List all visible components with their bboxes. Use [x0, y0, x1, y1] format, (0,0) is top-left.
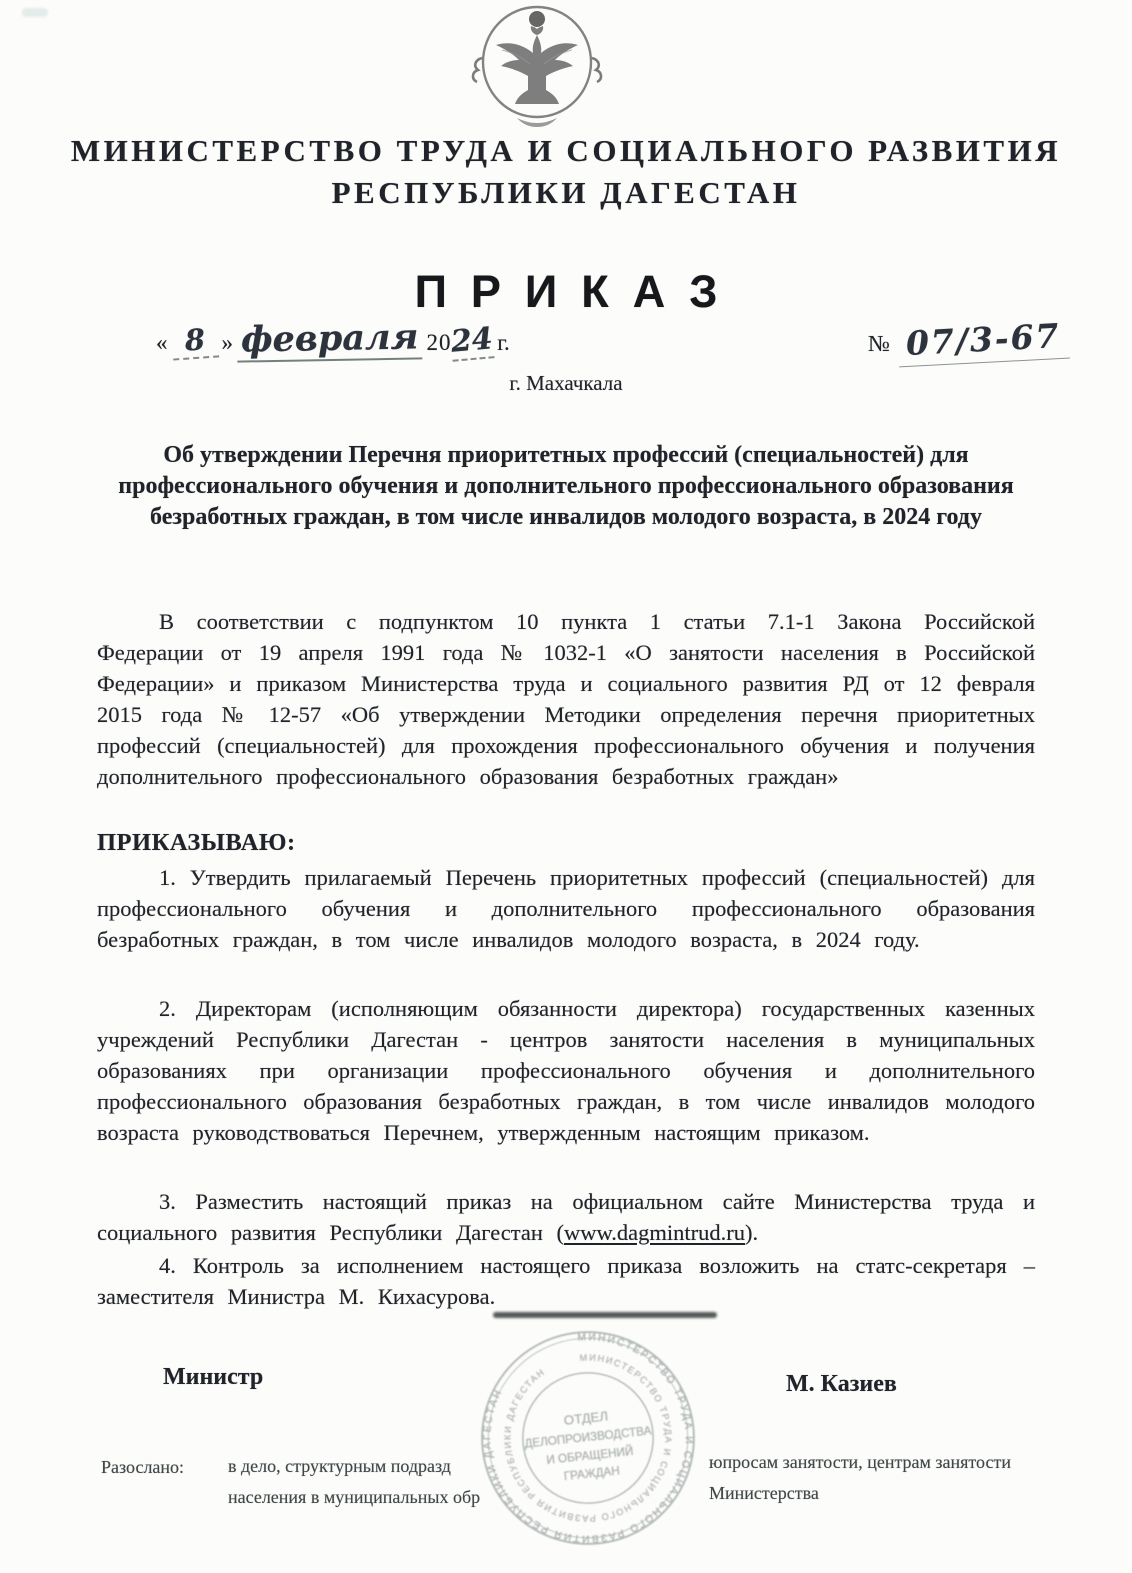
order-item-3: 3. Разместить настоящий приказ на официа…	[97, 1186, 1035, 1248]
distribution-right-line2: Министерства	[709, 1478, 1011, 1509]
ministry-name-line2: РЕСПУБЛИКИ ДАГЕСТАН	[0, 172, 1132, 214]
number-sign: №	[868, 331, 890, 357]
intro-paragraph: В соответствии с подпунктом 10 пункта 1 …	[97, 606, 1035, 792]
dagestan-coat-of-arms-icon	[468, 2, 606, 128]
signer-post: Министр	[163, 1364, 263, 1391]
document-type-heading: ПРИКАЗ	[0, 266, 1132, 318]
svg-text:МИНИСТЕРСТВО ТРУДА И СОЦИАЛЬНО: МИНИСТЕРСТВО ТРУДА И СОЦИАЛЬНОГО РАЗВИТИ…	[494, 1344, 682, 1532]
date-year-handwritten: 24	[450, 321, 495, 361]
order-number-handwritten: 07/3-67	[897, 316, 1070, 368]
date-line: «8» февраля 2024г.	[156, 318, 510, 361]
scanned-order-document: МИНИСТЕРСТВО ТРУДА И СОЦИАЛЬНОГО РАЗВИТИ…	[0, 0, 1132, 1573]
order-number-line: № 07/3-67	[868, 320, 1069, 363]
stamp-center-line1: ОТДЕЛ	[563, 1409, 609, 1429]
signer-name: М. Казиев	[786, 1371, 897, 1398]
order-item-1: 1. Утвердить прилагаемый Перечень приори…	[97, 862, 1035, 955]
date-open-quote: «	[156, 330, 168, 356]
stamp-center-line2: ДЕЛОПРОИЗВОДСТВА	[524, 1424, 652, 1450]
scan-smudge-line	[493, 1312, 717, 1318]
round-office-stamp: МИНИСТЕРСТВО ТРУДА И СОЦИАЛЬНОГО РАЗВИТИ…	[464, 1311, 711, 1565]
order-item-4: 4. Контроль за исполнением настоящего пр…	[97, 1250, 1035, 1312]
date-month-handwritten: февраля	[237, 316, 423, 362]
order-title: Об утверждении Перечня приоритетных проф…	[97, 440, 1035, 533]
stamp-center-line3: И ОБРАЩЕНИЙ	[546, 1445, 634, 1467]
ministry-name-line1: МИНИСТЕРСТВО ТРУДА И СОЦИАЛЬНОГО РАЗВИТИ…	[0, 130, 1132, 172]
stamp-ring-text-inner: МИНИСТЕРСТВО ТРУДА И СОЦИАЛЬНОГО РАЗВИТИ…	[494, 1344, 682, 1532]
svg-text:МИНИСТЕРСТВО ТРУДА И СОЦИАЛЬНО: МИНИСТЕРСТВО ТРУДА И СОЦИАЛЬНОГО РАЗВИТИ…	[472, 1322, 705, 1555]
date-year-suffix: г.	[497, 330, 510, 356]
distribution-right-fragment: юпросам занятости, центрам занятости Мин…	[709, 1447, 1011, 1509]
stamp-ring-text: МИНИСТЕРСТВО ТРУДА И СОЦИАЛЬНОГО РАЗВИТИ…	[472, 1322, 705, 1555]
distribution-left-line1: в дело, структурным подразд	[228, 1451, 480, 1482]
distribution-label: Разослано:	[101, 1457, 184, 1478]
date-year-printed: 20	[426, 330, 451, 356]
stamp-center-line4: ГРАЖДАН	[563, 1465, 620, 1484]
date-close-quote: »	[222, 330, 234, 356]
scan-artifact	[22, 8, 48, 17]
ministry-site-link[interactable]: www.dagmintrud.ru	[564, 1220, 745, 1245]
order-item-3-tail: ).	[745, 1220, 758, 1245]
distribution-left-line2: населения в муниципальных обр	[228, 1482, 480, 1513]
decree-word: ПРИКАЗЫВАЮ:	[97, 829, 296, 857]
distribution-right-line1: юпросам занятости, центрам занятости	[709, 1447, 1011, 1478]
ministry-name: МИНИСТЕРСТВО ТРУДА И СОЦИАЛЬНОГО РАЗВИТИ…	[0, 130, 1132, 214]
city-line: г. Махачкала	[0, 371, 1132, 396]
date-day-handwritten: 8	[170, 321, 218, 360]
order-item-2: 2. Директорам (исполняющим обязанности д…	[97, 993, 1035, 1148]
distribution-left-fragment: в дело, структурным подразд населения в …	[228, 1451, 480, 1513]
